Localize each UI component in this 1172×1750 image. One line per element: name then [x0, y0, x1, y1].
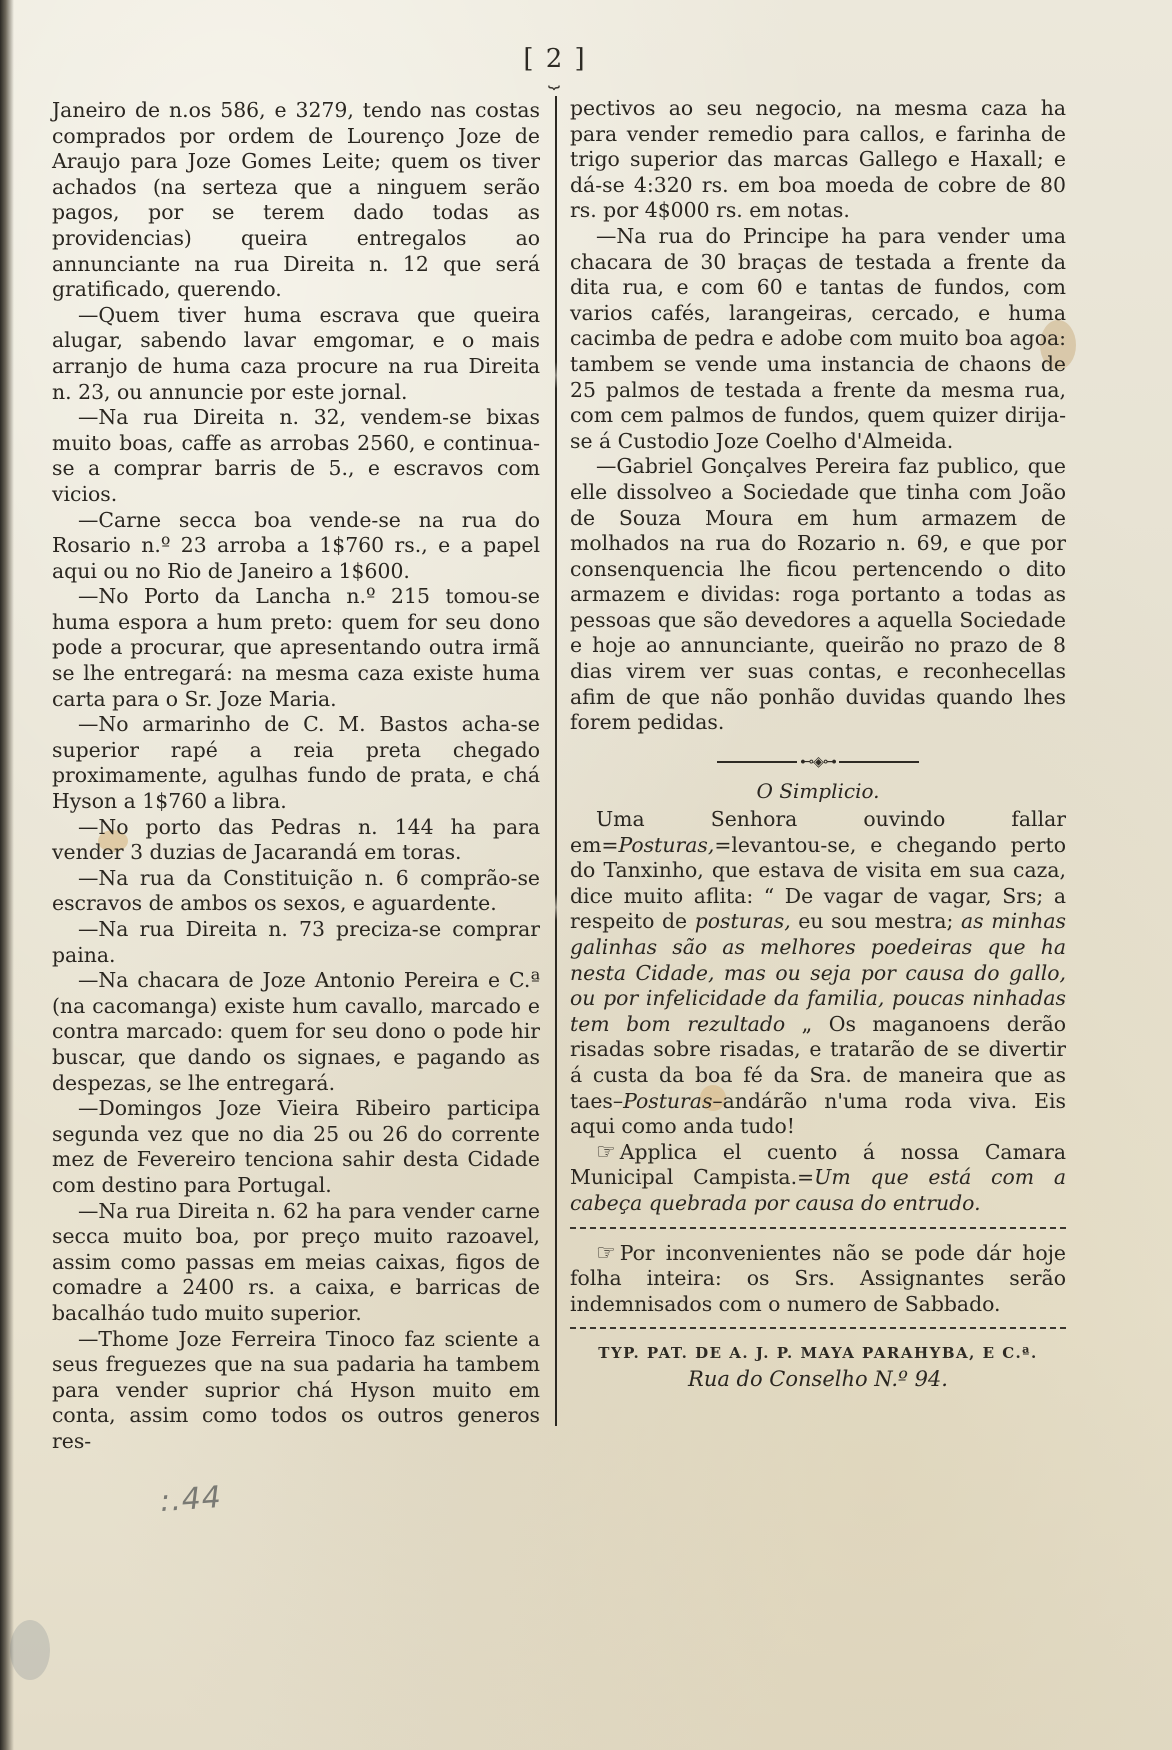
ornament-line-right [839, 761, 919, 763]
dashed-divider [570, 1327, 1066, 1329]
ornament-glyph: ⊷◈⊶ [800, 754, 836, 770]
advertisement: —No porto das Pedras n. 144 ha para vend… [52, 815, 540, 866]
left-column: Janeiro de n.os 586, e 3279, tendo nas c… [52, 98, 540, 1454]
advertisement: —Thome Joze Ferreira Tinoco faz sciente … [52, 1327, 540, 1455]
pointing-hand-icon: ☞ [596, 1140, 616, 1165]
handwritten-pencil-note: :.44 [159, 1480, 223, 1519]
advertisement: —No Porto da Lancha n.º 215 tomou-se hum… [52, 584, 540, 712]
pointing-hand-icon: ☞ [596, 1241, 616, 1266]
publisher-notice: ☞Por inconvenientes não se pode dár hoje… [570, 1241, 1066, 1318]
advertisement: pectivos ao seu negocio, na mesma caza h… [570, 96, 1066, 224]
advertisement: —Na rua Direita n. 73 preciza-se comprar… [52, 917, 540, 968]
page-number: [ 2 ] ⏟ [520, 44, 590, 82]
advertisement: —No armarinho de C. M. Bastos acha-se su… [52, 712, 540, 814]
scan-edge-shadow [0, 0, 14, 1750]
imprint-address: Rua do Conselho N.º 94. [570, 1367, 1066, 1393]
right-column: pectivos ao seu negocio, na mesma caza h… [570, 96, 1066, 1393]
dashed-divider [570, 1227, 1066, 1229]
advertisement: —Na rua Direita n. 32, vendem-se bixas m… [52, 405, 540, 507]
advertisement: —Na chacara de Joze Antonio Pereira e C.… [52, 968, 540, 1096]
column-divider [555, 96, 557, 1426]
advertisement: —Na rua do Principe ha para vender uma c… [570, 224, 1066, 454]
applica-note: ☞Applica el cuento á nossa Camara Munici… [570, 1140, 1066, 1217]
advertisement: —Na rua Direita n. 62 ha para vender car… [52, 1199, 540, 1327]
story-body: Uma Senhora ouvindo fallar em=Posturas,=… [570, 807, 1066, 1140]
story-text-italic: Posturas, [619, 833, 715, 857]
advertisement: Janeiro de n.os 586, e 3279, tendo nas c… [52, 98, 540, 303]
paper-stain [10, 1620, 50, 1680]
advertisement: —Na rua da Constituição n. 6 comprão-se … [52, 866, 540, 917]
story-title: O Simplicio. [570, 779, 1066, 805]
ornament-line-left [717, 761, 797, 763]
section-ornament: ⊷◈⊶ [570, 750, 1066, 776]
advertisement: —Carne secca boa vende-se na rua do Rosa… [52, 508, 540, 585]
newspaper-page: [ 2 ] ⏟ Janeiro de n.os 586, e 3279, ten… [0, 0, 1172, 1750]
advertisement: —Quem tiver huma escrava que queira alug… [52, 303, 540, 405]
advertisement: —Gabriel Gonçalves Pereira faz publico, … [570, 454, 1066, 736]
advertisement: —Domingos Joze Vieira Ribeiro participa … [52, 1096, 540, 1198]
imprint-printer: TYP. PAT. DE A. J. P. MAYA PARAHYBA, E C… [570, 1341, 1066, 1367]
story-text: eu sou mestra; [791, 909, 961, 933]
story-text-italic: posturas, [695, 909, 791, 933]
notice-text: Por inconvenientes não se pode dár hoje … [570, 1241, 1066, 1316]
story-text-italic: Posturas [623, 1089, 712, 1113]
